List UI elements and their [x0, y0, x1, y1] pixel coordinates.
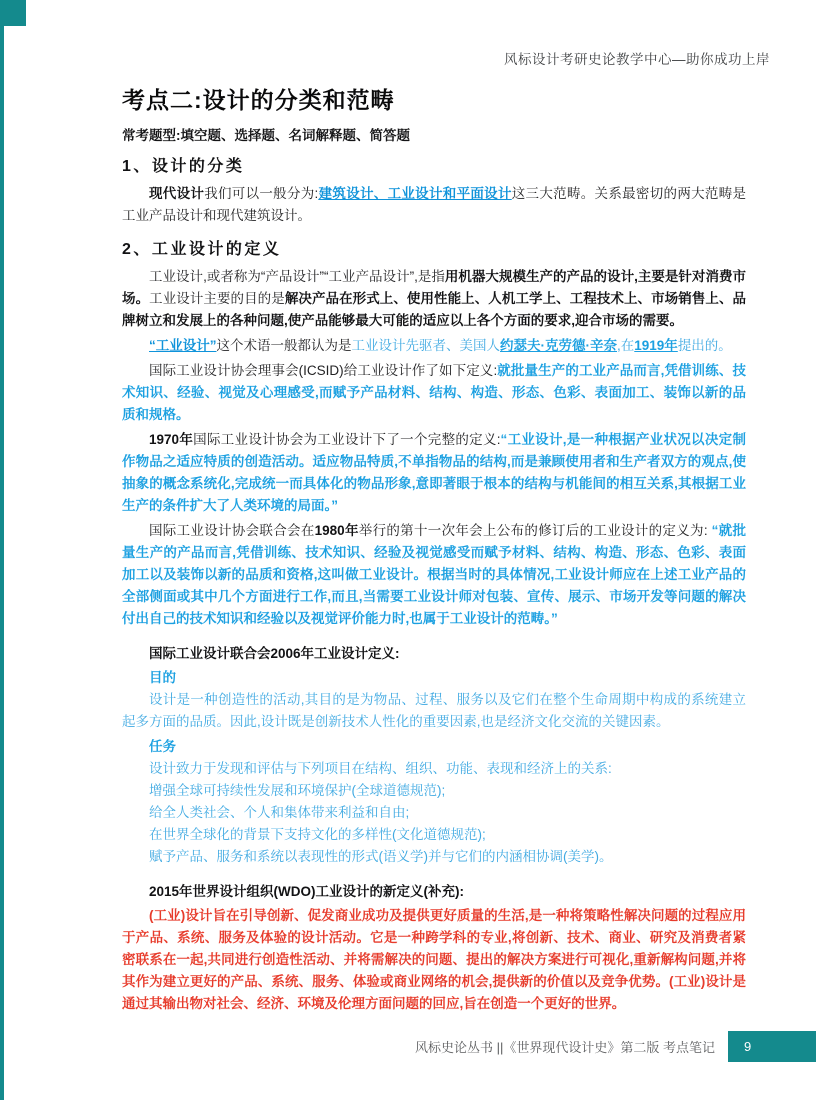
link-text: “工业设计”	[149, 338, 217, 353]
text-span: ,在	[617, 338, 634, 353]
industrial-design-definition-paragraph: 工业设计,或者称为“产品设计”“工业产品设计”,是指用机器大规模生产的产品的设计…	[122, 266, 746, 332]
text-span: 工业设计,或者称为“产品设计”“工业产品设计”,是指	[149, 269, 445, 284]
text-span: 2、工业设计的定义	[122, 241, 281, 258]
text-span: 设计是一种创造性的活动,其目的是为物品、过程、服务以及它们在整个生命周期中构成的…	[122, 692, 746, 729]
text-span: 任务	[149, 739, 176, 754]
text-span: 提出的。	[678, 338, 732, 353]
definition-1970-paragraph: 1970年国际工业设计协会为工业设计下了一个完整的定义:“工业设计,是一种根据产…	[122, 429, 746, 517]
left-edge-accent-line	[0, 0, 4, 1100]
definition-1980-paragraph: 国际工业设计协会联合会在1980年举行的第十一次年会上公布的修订后的工业设计的定…	[122, 520, 746, 630]
text-span: 2015年世界设计组织(WDO)工业设计的新定义(补充):	[149, 884, 464, 899]
content-blocks: 1、设计的分类现代设计我们可以一般分为:建筑设计、工业设计和平面设计这三大范畴。…	[122, 156, 746, 1015]
page-number: 9	[744, 1039, 751, 1054]
text-span: “就批量生产的产品而言,凭借训练、技术知识、经验及视觉感受而赋予材料、结构、构造…	[122, 523, 746, 626]
header-text: 风标设计考研史论教学中心—助你成功上岸	[504, 48, 770, 68]
page-number-badge: 9	[728, 1031, 816, 1062]
text-span: 国际工业设计协会联合会在	[149, 523, 315, 538]
text-span: 1980年	[315, 523, 359, 538]
footer-text: 风标史论丛书 ||《世界现代设计史》第二版 考点笔记	[415, 1037, 715, 1056]
text-span: 国际工业设计联合会2006年工业设计定义:	[149, 646, 400, 661]
section-1-heading: 1、设计的分类	[122, 156, 746, 178]
text-span: 这个术语一般都认为是	[217, 338, 352, 353]
modern-design-paragraph: 现代设计我们可以一般分为:建筑设计、工业设计和平面设计这三大范畴。关系最密切的两…	[122, 183, 746, 227]
text-span: 增强全球可持续性发展和环境保护(全球道德规范);	[149, 783, 445, 798]
term-origin-paragraph: “工业设计”这个术语一般都认为是工业设计先驱者、美国人约瑟夫·克劳德·辛奈,在1…	[122, 335, 746, 357]
text-span: 在世界全球化的背景下支持文化的多样性(文化道德规范);	[149, 827, 486, 842]
text-span: 目的	[149, 670, 176, 685]
exam-types-line: 常考题型:填空题、选择题、名词解释题、简答题	[122, 124, 746, 144]
text-span: 举行的第十一次年会上公布的修订后的工业设计的定义为:	[359, 523, 712, 538]
task-item-2: 给全人类社会、个人和集体带来利益和自由;	[122, 802, 746, 824]
purpose-label: 目的	[122, 667, 746, 689]
text-span: 现代设计	[149, 186, 204, 201]
task-item-1: 增强全球可持续性发展和环境保护(全球道德规范);	[122, 780, 746, 802]
definition-2015-heading: 2015年世界设计组织(WDO)工业设计的新定义(补充):	[122, 881, 746, 903]
document-page: { "colors":{ "accent_teal":"#148a8d", "l…	[0, 0, 816, 1100]
page-title: 考点二:设计的分类和范畴	[122, 82, 746, 115]
text-span: 国际工业设计协会为工业设计下了一个完整的定义:	[193, 432, 500, 447]
text-span: 给全人类社会、个人和集体带来利益和自由;	[149, 805, 409, 820]
task-item-3: 在世界全球化的背景下支持文化的多样性(文化道德规范);	[122, 824, 746, 846]
link-text: 建筑设计、工业设计和平面设计	[318, 186, 511, 201]
text-span: 我们可以一般分为:	[204, 186, 318, 201]
text-span: 设计致力于发现和评估与下列项目在结构、组织、功能、表现和经济上的关系:	[149, 761, 612, 776]
text-span: 赋予产品、服务和系统以表现性的形式(语义学)并与它们的内涵相协调(美学)。	[149, 849, 612, 864]
text-span: 工业设计先驱者、美国人	[352, 338, 501, 353]
main-content: 考点二:设计的分类和范畴 常考题型:填空题、选择题、名词解释题、简答题 1、设计…	[122, 82, 746, 1018]
purpose-paragraph: 设计是一种创造性的活动,其目的是为物品、过程、服务以及它们在整个生命周期中构成的…	[122, 689, 746, 733]
task-item-4: 赋予产品、服务和系统以表现性的形式(语义学)并与它们的内涵相协调(美学)。	[122, 846, 746, 868]
text-span: 1919年	[634, 338, 678, 353]
text-span: 国际工业设计协会理事会(ICSID)给工业设计作了如下定义:	[149, 363, 497, 378]
section-2-heading: 2、工业设计的定义	[122, 239, 746, 261]
icsid-definition-paragraph: 国际工业设计协会理事会(ICSID)给工业设计作了如下定义:就批量生产的工业产品…	[122, 360, 746, 426]
text-span: 工业设计主要的目的是	[149, 291, 285, 306]
text-span: 1970年	[149, 432, 193, 447]
text-span: 约瑟夫·克劳德·辛奈	[500, 338, 617, 353]
task-intro-line: 设计致力于发现和评估与下列项目在结构、组织、功能、表现和经济上的关系:	[122, 758, 746, 780]
definition-2006-heading: 国际工业设计联合会2006年工业设计定义:	[122, 643, 746, 665]
corner-accent-square	[0, 0, 26, 26]
text-span: (工业)设计旨在引导创新、促发商业成功及提供更好质量的生活,是一种将策略性解决问…	[122, 908, 746, 1011]
definition-2015-paragraph: (工业)设计旨在引导创新、促发商业成功及提供更好质量的生活,是一种将策略性解决问…	[122, 905, 746, 1015]
task-label: 任务	[122, 736, 746, 758]
text-span: 1、设计的分类	[122, 158, 244, 175]
